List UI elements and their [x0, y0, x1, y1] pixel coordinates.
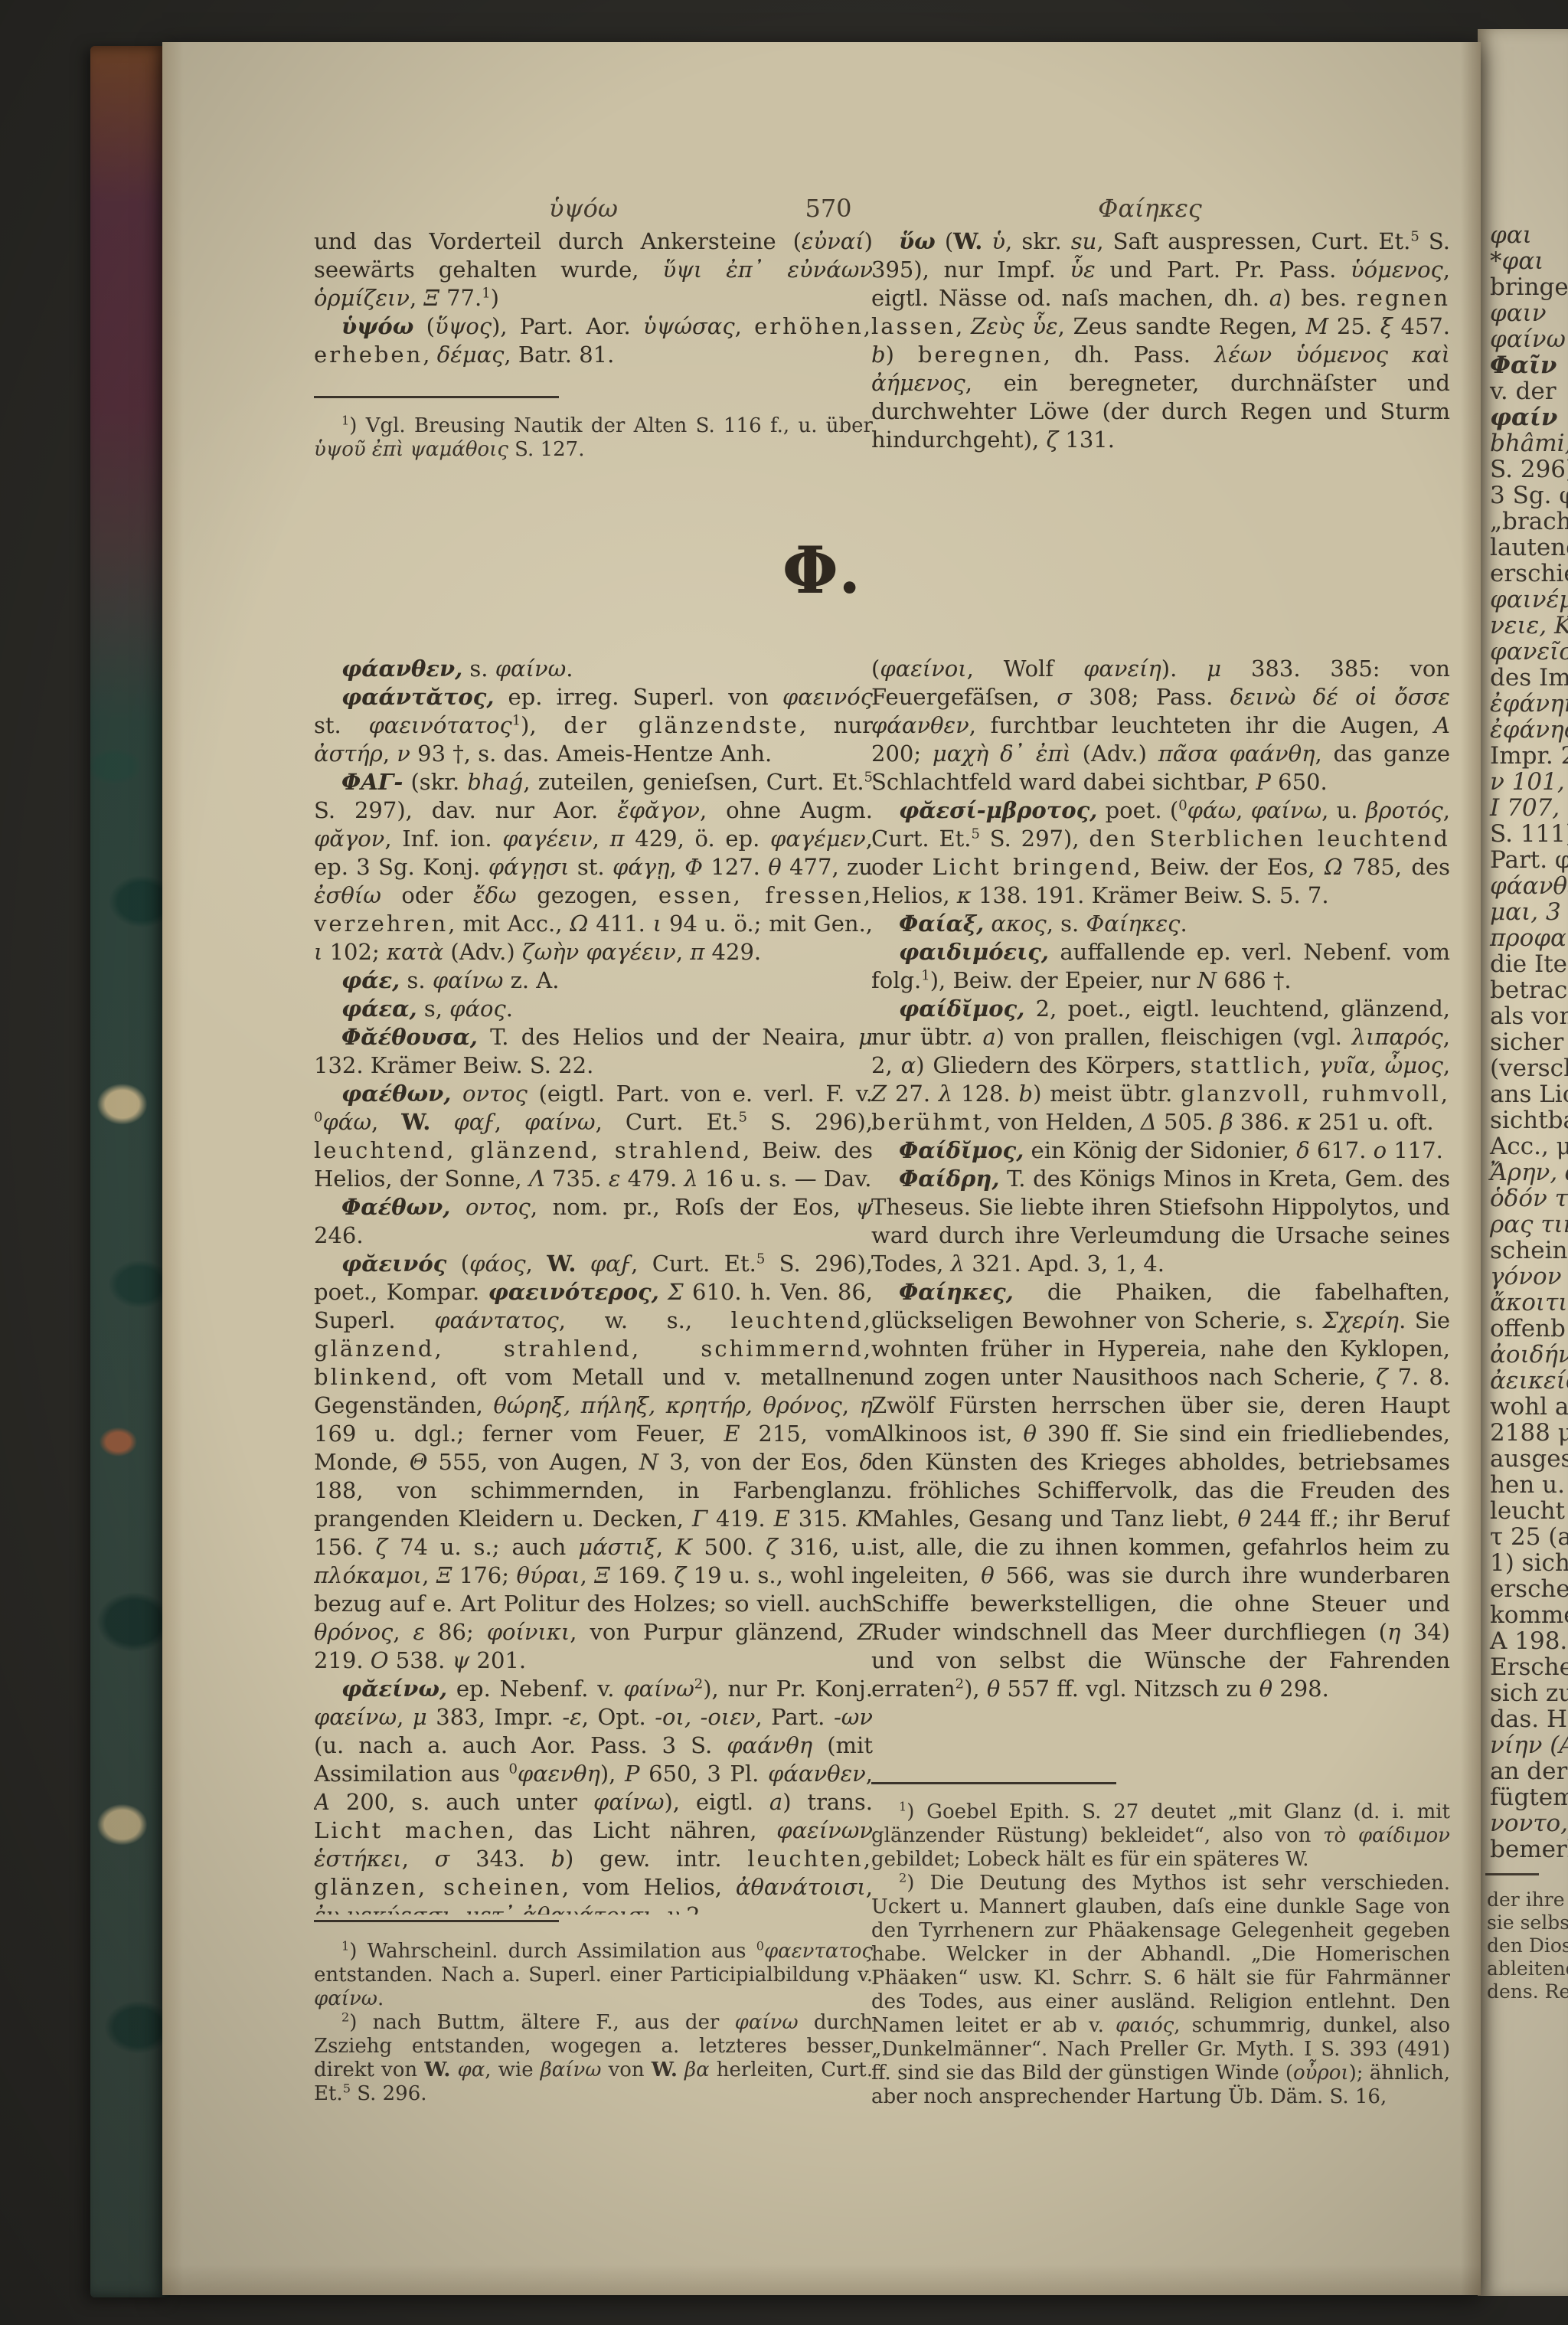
right-footnotes: 1) Goebel Epith. S. 27 deutet „mit Glanz…: [871, 1800, 1450, 2260]
next-page-footnote-fragments: der ihresie selbstden Dioskableitenddens…: [1487, 1888, 1568, 2003]
section-divider-phi: Φ.: [162, 532, 1481, 608]
next-page-footnote-rule: [1485, 1873, 1539, 1875]
top-left-column: und das Vorderteil durch Ankersteine (εὐ…: [314, 227, 873, 388]
page-number: 570: [752, 194, 905, 223]
running-header: ὑψόω 570 Φαίηκες: [162, 194, 1481, 232]
next-page-text-fragments: φαι*φαιbringeφαινφαίνω IΦαῖνv. derφαίνbh…: [1490, 222, 1568, 1862]
main-right-column: (φαείνοι, Wolf φανείη). μ 383. 385: von …: [871, 655, 1450, 1774]
header-left-keyword: ὑψόω: [484, 194, 683, 223]
next-page-edge: φαι*φαιbringeφαινφαίνω IΦαῖνv. derφαίνbh…: [1478, 29, 1568, 2296]
header-right-keyword: Φαίηκες: [1043, 194, 1257, 223]
scanned-book-photo: φαι*φαιbringeφαινφαίνω IΦαῖνv. derφαίνbh…: [0, 0, 1568, 2325]
book-cover-marbled-edge: [90, 46, 170, 2297]
top-left-footnotes: 1) Vgl. Breusing Nautik der Alten S. 116…: [314, 414, 873, 499]
left-footnote-rule: [314, 1920, 559, 1922]
book-page: ὑψόω 570 Φαίηκες und das Vorderteil durc…: [162, 42, 1481, 2295]
right-footnote-rule: [871, 1782, 1116, 1784]
left-footnotes: 1) Wahrscheinl. durch Assimilation aus 0…: [314, 1940, 873, 2261]
top-right-column: ὕω (W. ὑ, skr. su, Saft auspressen, Curt…: [871, 227, 1450, 503]
main-left-column: φάανθεν, s. φαίνω.φαάντᾰτος, ep. irreg. …: [314, 655, 873, 1915]
top-left-footnote-rule: [314, 396, 559, 398]
